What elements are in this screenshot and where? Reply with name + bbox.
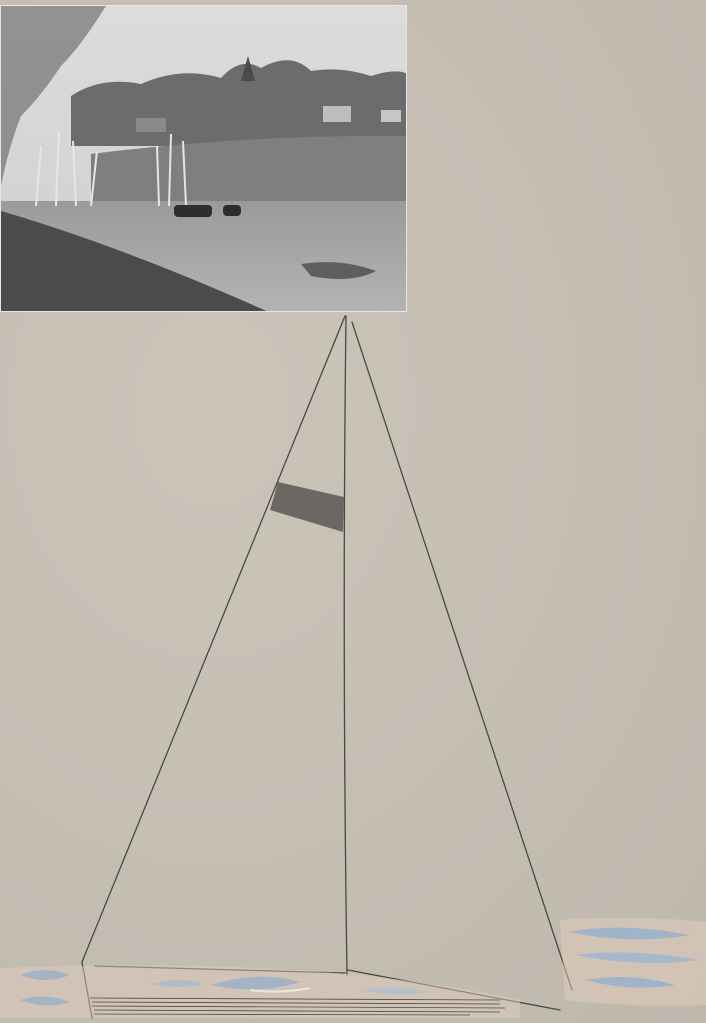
- sail-left-edge: [82, 316, 345, 962]
- sail-right-edge: [352, 322, 572, 990]
- water-left: [0, 965, 520, 1018]
- flag: [270, 482, 344, 532]
- water-right: [560, 918, 706, 1006]
- sailboat-drawing: [0, 0, 706, 1023]
- mast: [344, 316, 347, 975]
- artwork-canvas: [0, 0, 706, 1023]
